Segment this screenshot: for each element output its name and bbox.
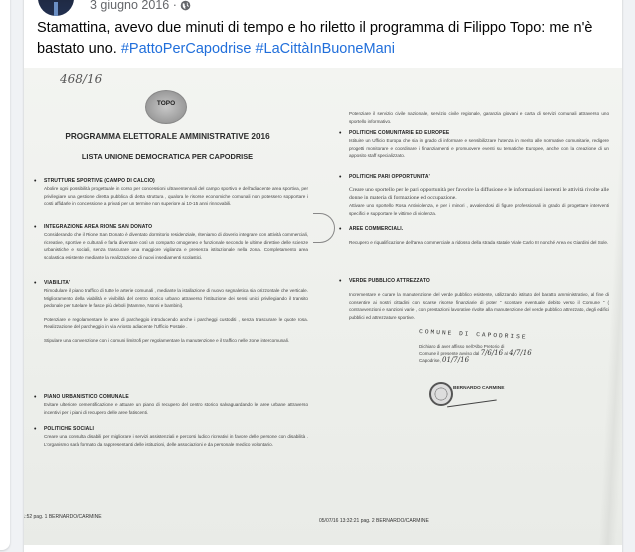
document-section: • VIABILITA' Rimodulare il piano traffic…	[44, 280, 308, 345]
post-photo[interactable]: 468/16 TOPO PROGRAMMA ELETTORALE AMMINIS…	[24, 68, 622, 545]
page-footer: 11:52 pag. 1 BERNARDO/CARMINE	[24, 514, 102, 520]
document-page-2: Potenziare il servizio civile nazionale,…	[311, 68, 622, 545]
partial-stamp	[313, 213, 335, 243]
avatar[interactable]	[38, 0, 74, 16]
document-section: • POLITICHE PARI OPPORTUNITA' Creare uno…	[349, 174, 609, 217]
adjacent-card-edge	[0, 0, 10, 550]
document-section: • INTEGRAZIONE AREA RIONE SAN DONATO Con…	[44, 224, 308, 261]
document-section: • POLITICHE SOCIALI Creare una consulta …	[44, 426, 308, 448]
document-page-1: 468/16 TOPO PROGRAMMA ELETTORALE AMMINIS…	[24, 68, 311, 545]
document-section: • POLITICHE COMUNITARIE ED EUROPEE Istit…	[349, 130, 609, 160]
document-title: PROGRAMMA ELETTORALE AMMINISTRATIVE 2016	[24, 132, 311, 141]
document-section: • STRUTTURE SPORTIVE (CAMPO DI CALCIO) A…	[44, 178, 308, 208]
document-section: • AREE COMMERCIALI. Recupero e riqualifi…	[349, 226, 609, 247]
signature-name: BERNARDO CARMINE	[453, 386, 504, 391]
document-section: Potenziare il servizio civile nazionale,…	[349, 110, 609, 125]
hashtag-link[interactable]: #PattoPerCapodrise	[121, 41, 252, 57]
handwritten-protocol-number: 468/16	[60, 72, 102, 86]
hashtag-link[interactable]: #LaCittàInBuoneMani	[255, 41, 394, 57]
document-subtitle: LISTA UNIONE DEMOCRATICA PER CAPODRISE	[24, 152, 311, 161]
globe-icon	[180, 0, 191, 11]
post-message: Stamattina, avevo due minuti di tempo e …	[37, 18, 607, 60]
post-card: 3 giugno 2016 · Stamattina, avevo due mi…	[24, 0, 622, 552]
page-footer: 05/07/16 13:32:21 pag. 2 BERNARDO/CARMIN…	[319, 518, 429, 524]
municipal-stamp: COMUNE DI CAPODRISE Dichiaro di aver aff…	[419, 332, 569, 364]
post-date-text[interactable]: 3 giugno 2016 ·	[90, 0, 177, 12]
post-timestamp[interactable]: 3 giugno 2016 ·	[90, 0, 191, 12]
party-logo: TOPO	[145, 90, 187, 124]
post-header: 3 giugno 2016 ·	[24, 0, 622, 20]
document-section: • VERDE PUBBLICO ATTREZZATO Incrementare…	[349, 278, 609, 321]
document-section: • PIANO URBANISTICO COMUNALE Evitare ult…	[44, 394, 308, 416]
